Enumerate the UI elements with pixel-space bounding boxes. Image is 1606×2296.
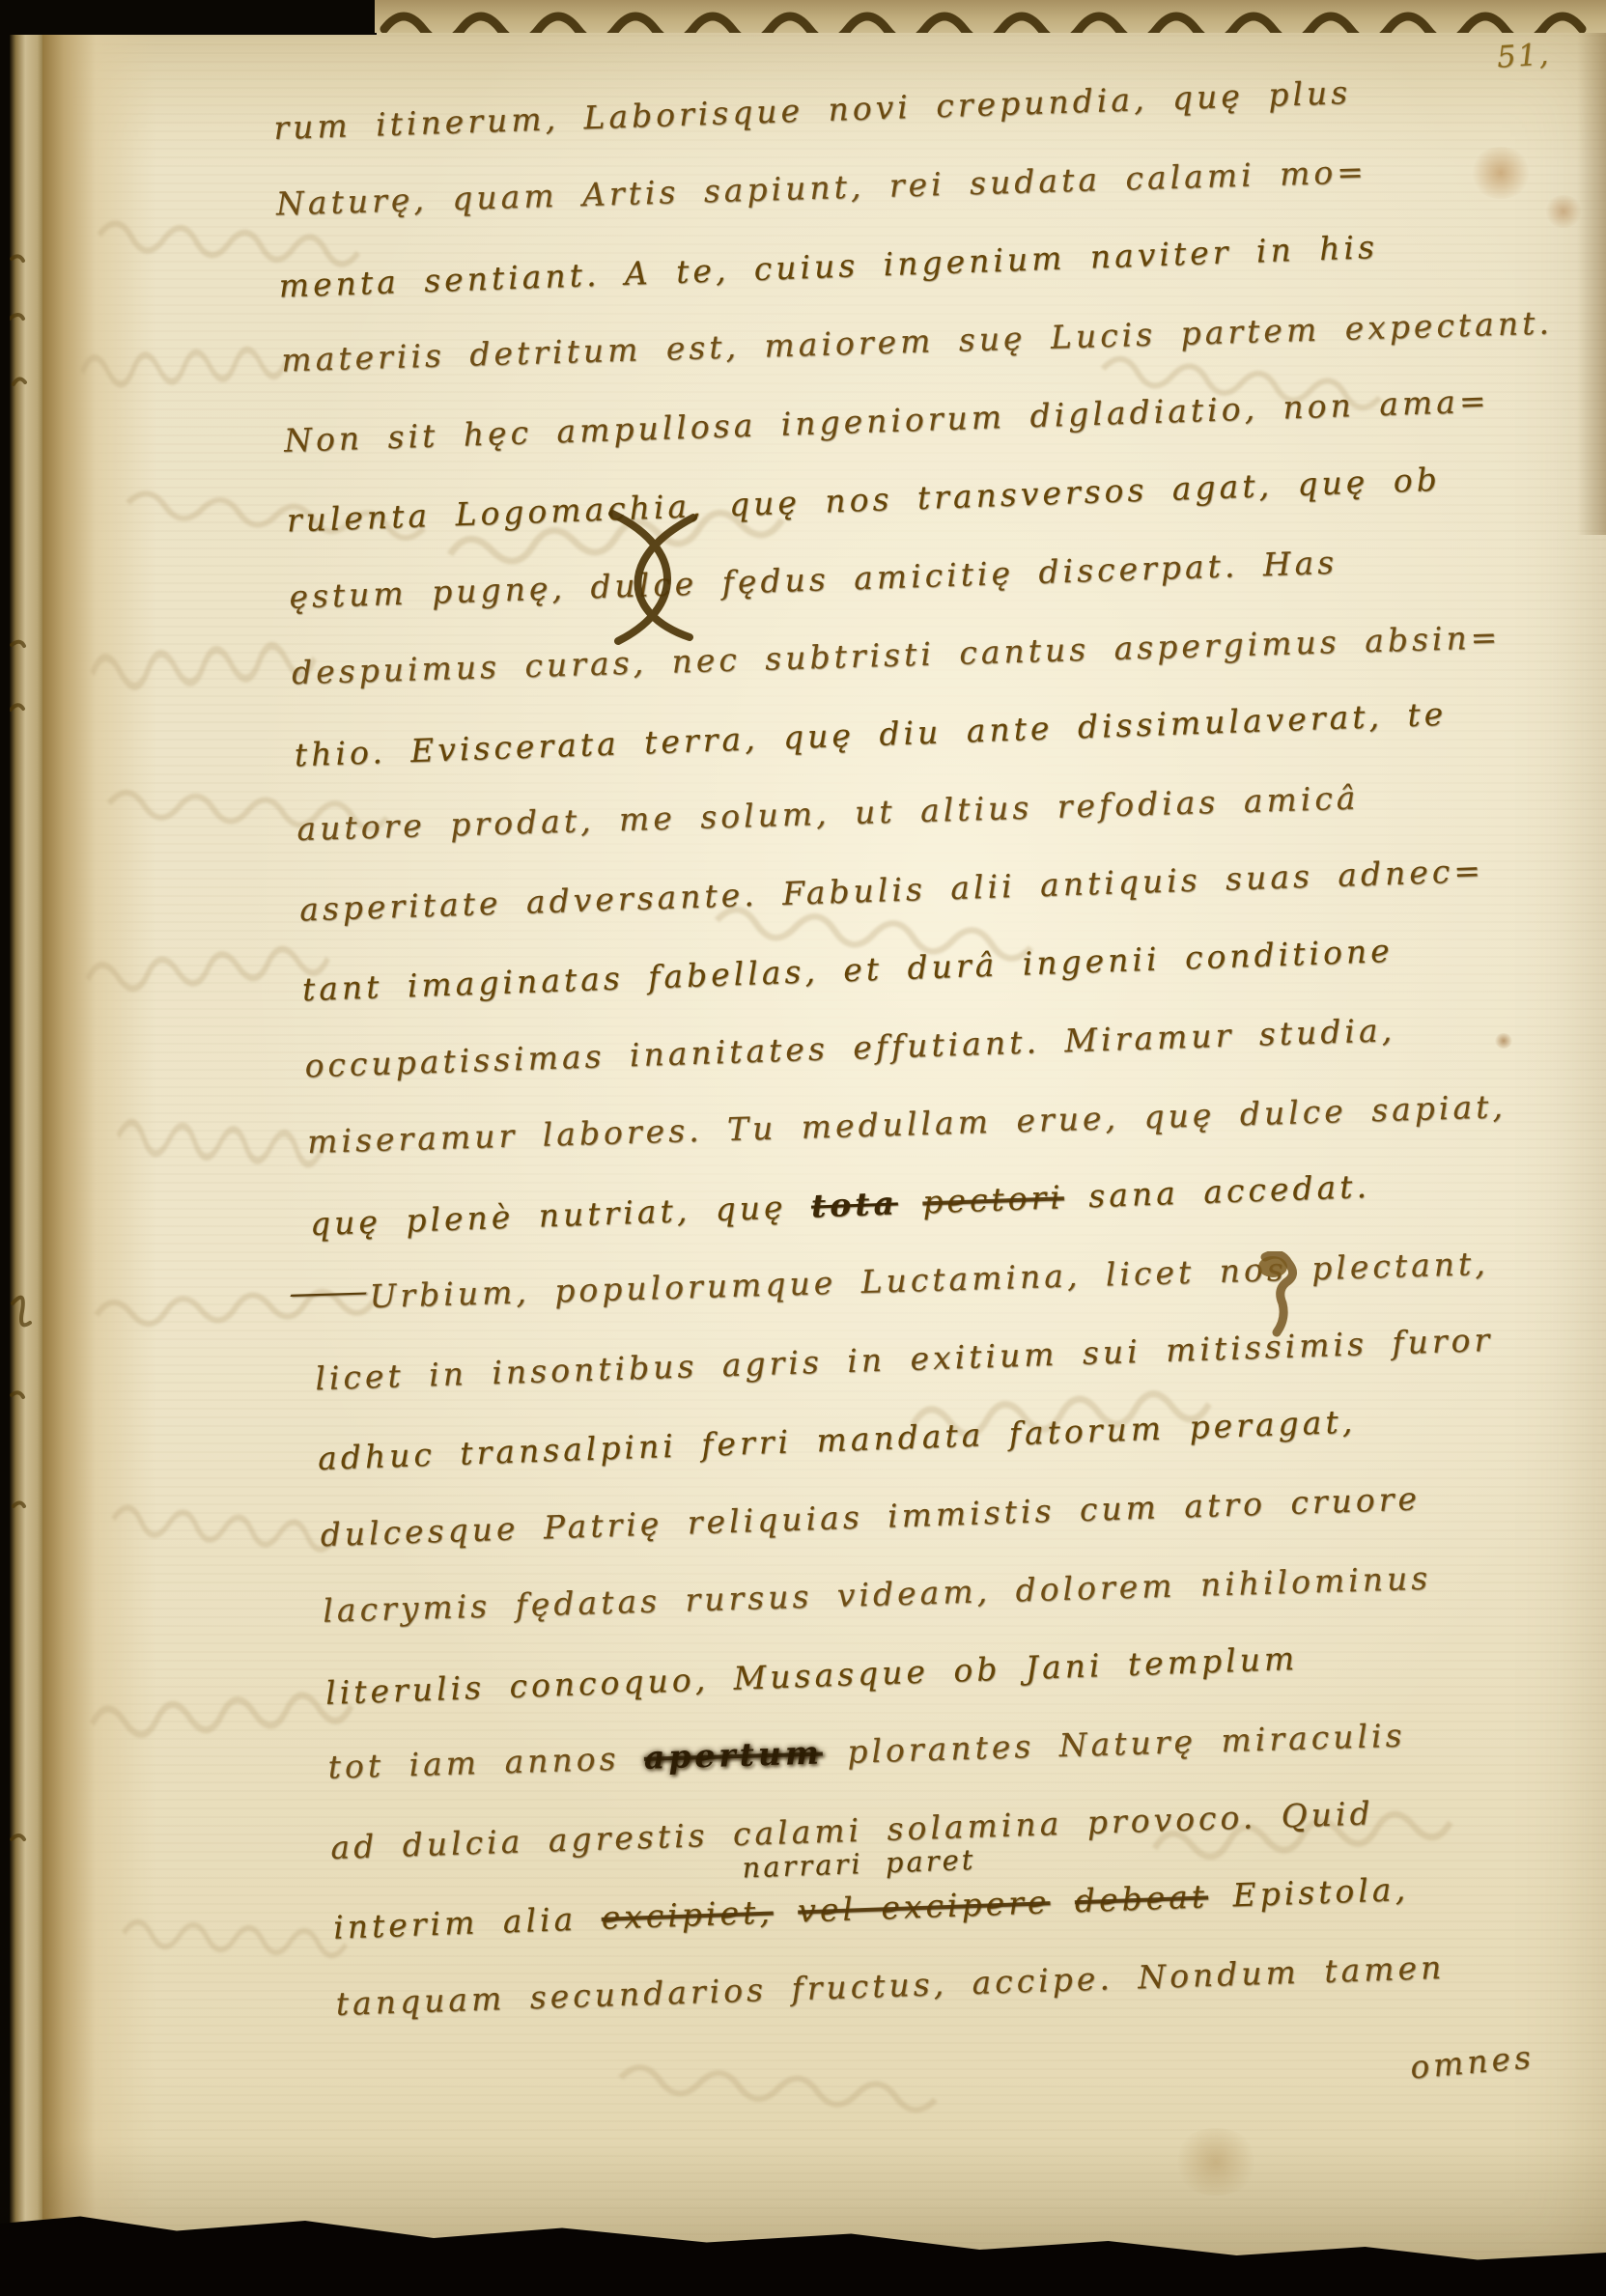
segment-text: occupatissimas inanitates effutiant. Mir… [304,1011,1396,1084]
segment-text: literulis concoquo, Musasque ob Jani tem… [324,1639,1298,1712]
segment-text: tot iam annos [327,1739,644,1786]
segment-text: Epistola, [1207,1870,1409,1915]
text-block: rum itinerum, Laborisque novi crepundia,… [272,45,1606,2043]
segment-text: Naturę, quam Artis sapiunt, rei sudata c… [275,153,1367,223]
segment-overwrite: tota [810,1184,898,1224]
ink-blot [1248,1251,1306,1338]
segment-text: tanquam secundarios fructus, accipe. Non… [335,1948,1446,2023]
segment-text: interim alia [332,1899,602,1946]
segment-blot: apertum [643,1733,823,1776]
segment-text: Urbium, populorumque Luctamina, licet no… [369,1245,1489,1315]
previous-page-edge [10,0,44,2296]
segment-text: sana accedat. [1063,1167,1370,1216]
segment-above: narrari paret [741,1821,977,1908]
cropped-text-top-edge [375,0,1606,33]
segment-text: dulcesque Patrię reliquias immistis cum … [320,1479,1422,1554]
segment-text: quę plenè nutriat, quę [309,1188,811,1244]
gutter-shadow [42,33,158,2296]
manuscript-photo: 51, rum itinerum, Laborisque novi crepun… [0,0,1606,2296]
segment-text [897,1183,923,1221]
segment-text: rum itinerum, Laborisque novi crepundia,… [273,73,1352,147]
catchword: omnes [1409,2037,1536,2086]
segment-text: autore prodat, me solum, ut altius refod… [296,779,1360,849]
segment-text: ęstum pugnę, dulce fędus amicitię discer… [289,544,1338,616]
segment-text: plorantes Naturę miraculis [822,1717,1406,1772]
segment-strike: debeat [1074,1877,1209,1919]
previous-page-ink-fragments [10,0,44,2296]
pen-flourish [572,508,736,653]
segment-text [1050,1882,1076,1920]
segment-text: lacrymis fędatas rursus videam, dolorem … [323,1559,1432,1630]
manuscript-page: 51, rum itinerum, Laborisque novi crepun… [42,33,1606,2296]
segment-strike: pectori [922,1178,1065,1220]
segment-dash: — [286,1251,371,1332]
backdrop-top-left [0,0,377,35]
